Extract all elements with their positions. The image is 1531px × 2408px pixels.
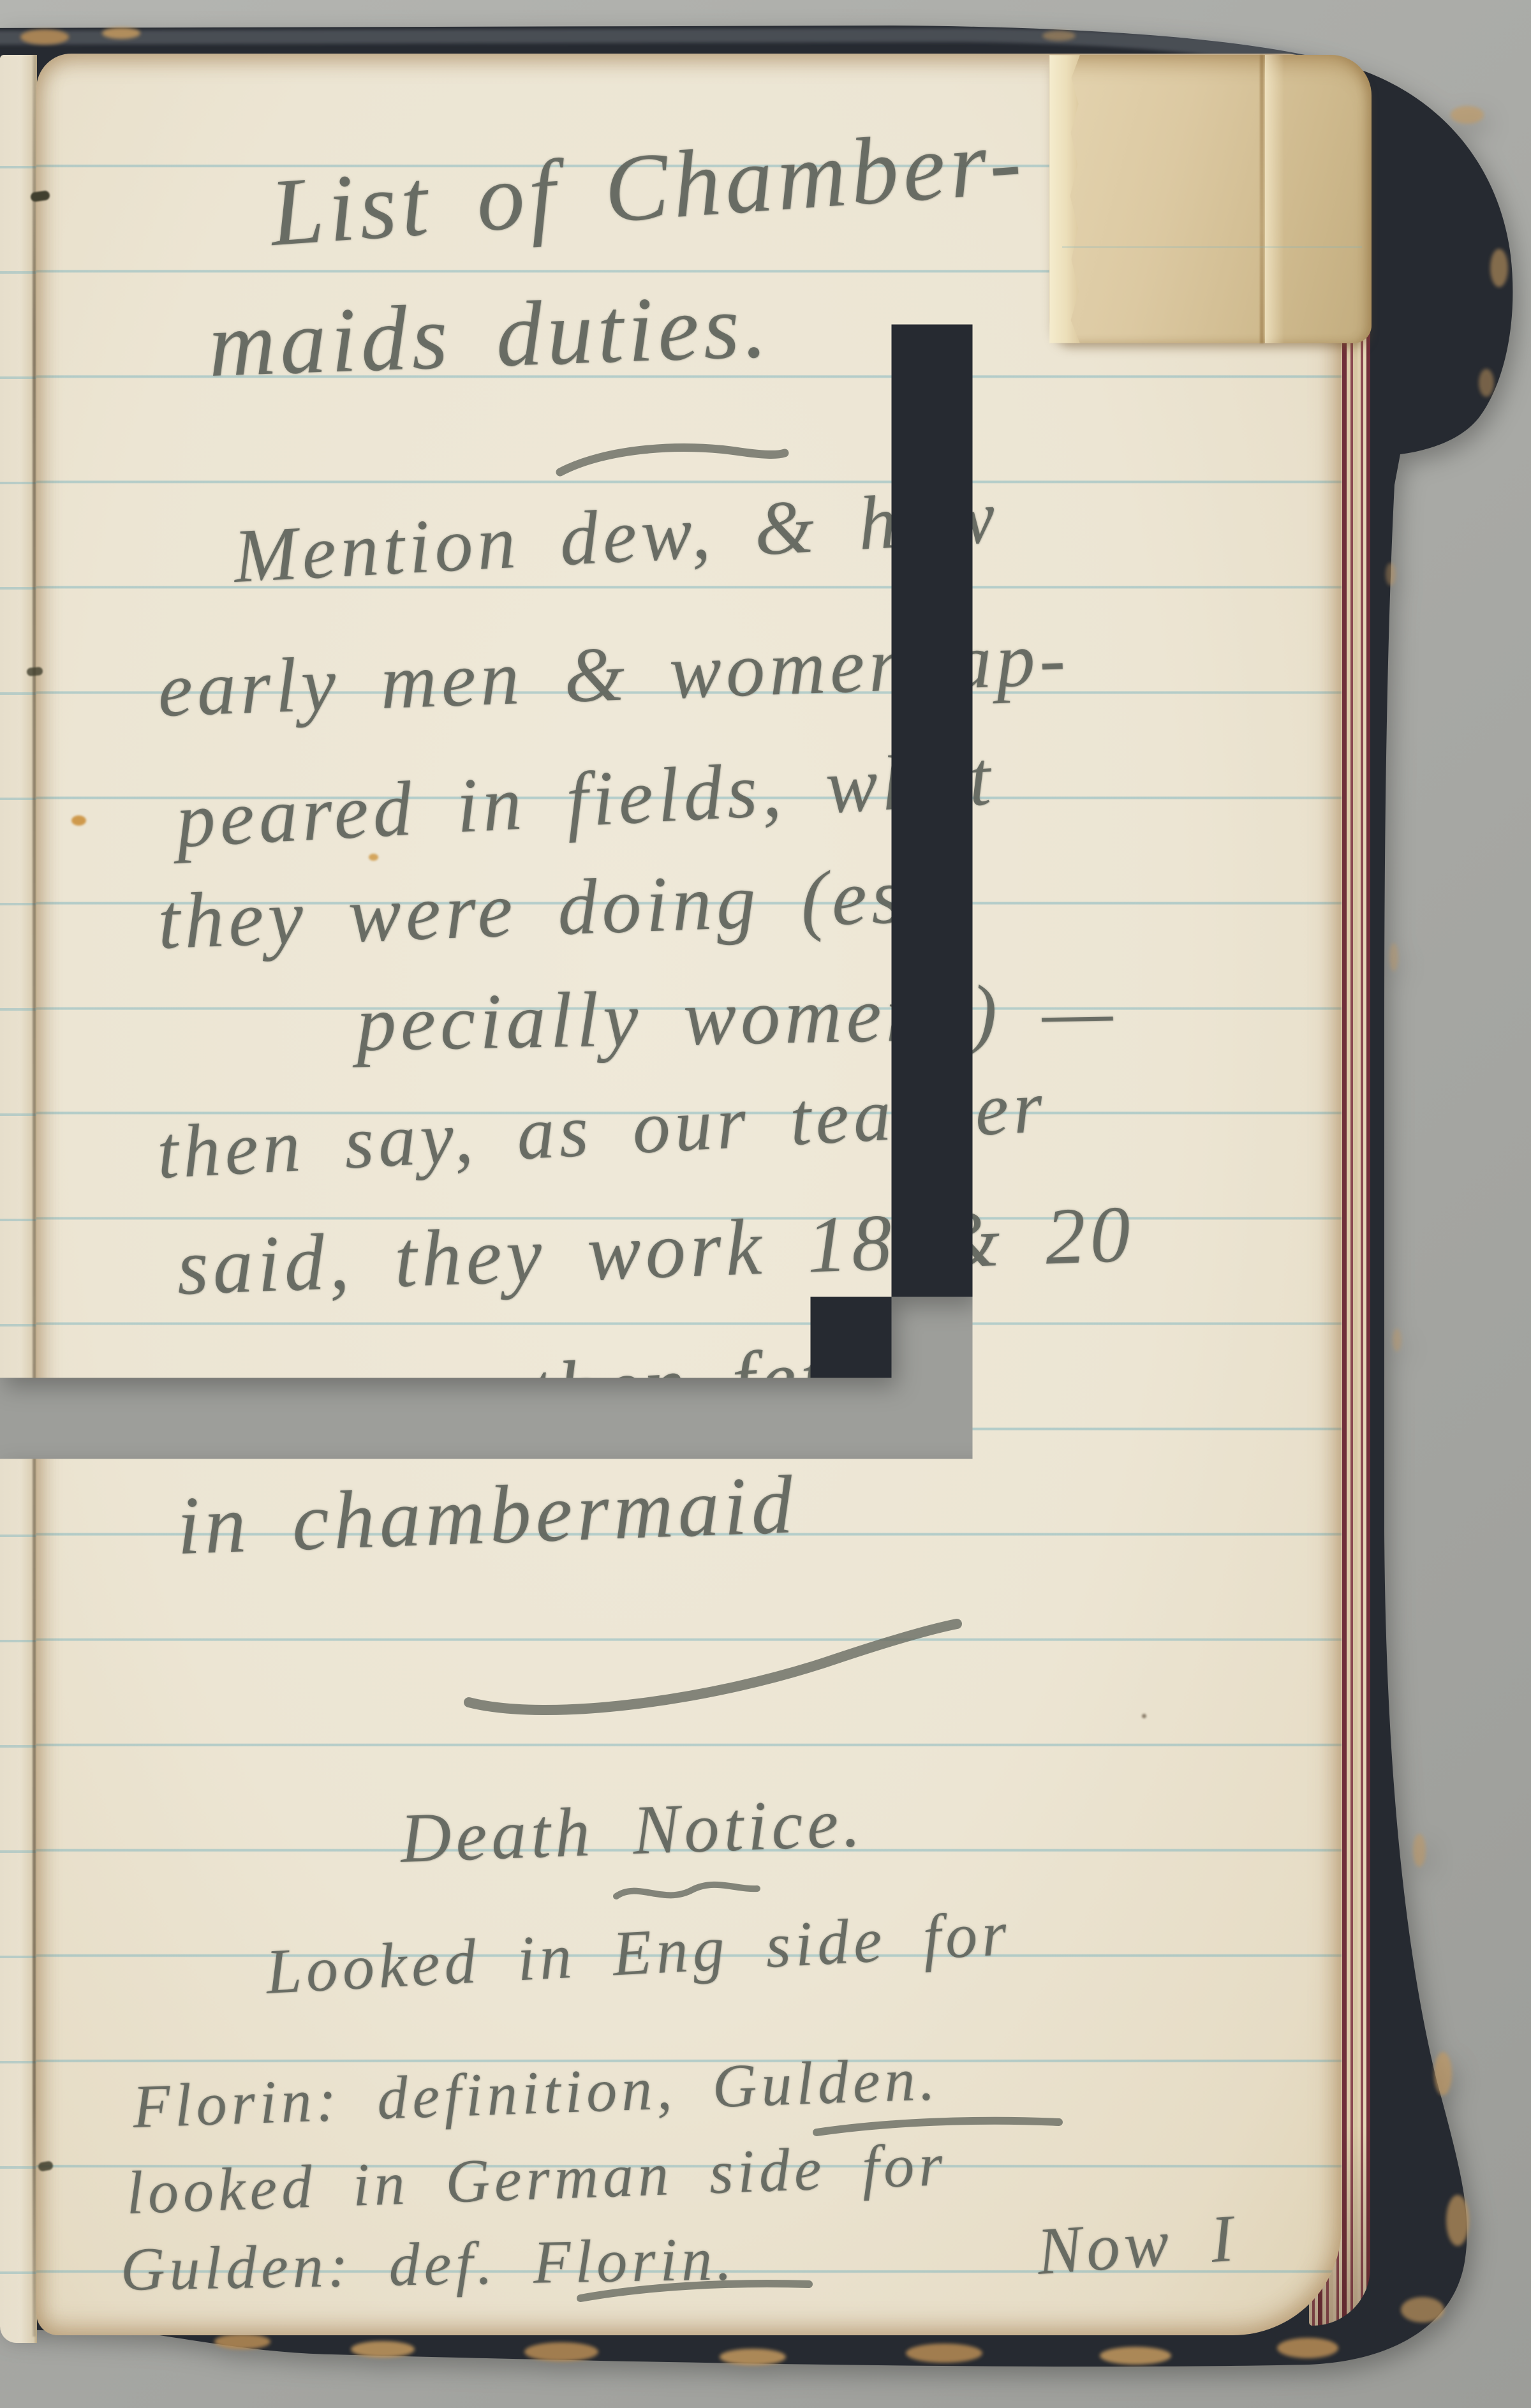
florin-underline-stroke bbox=[581, 2284, 809, 2298]
gulden-underline-stroke bbox=[817, 2121, 1059, 2132]
notebook-photo: List of Chamber- maids duties. Mention d… bbox=[0, 0, 1531, 2408]
section-swoosh-stroke bbox=[469, 1624, 957, 1710]
pencil-strokes bbox=[0, 0, 1531, 2408]
death-notice-tilde-stroke bbox=[616, 1885, 757, 1896]
title-dash-stroke bbox=[560, 448, 785, 472]
